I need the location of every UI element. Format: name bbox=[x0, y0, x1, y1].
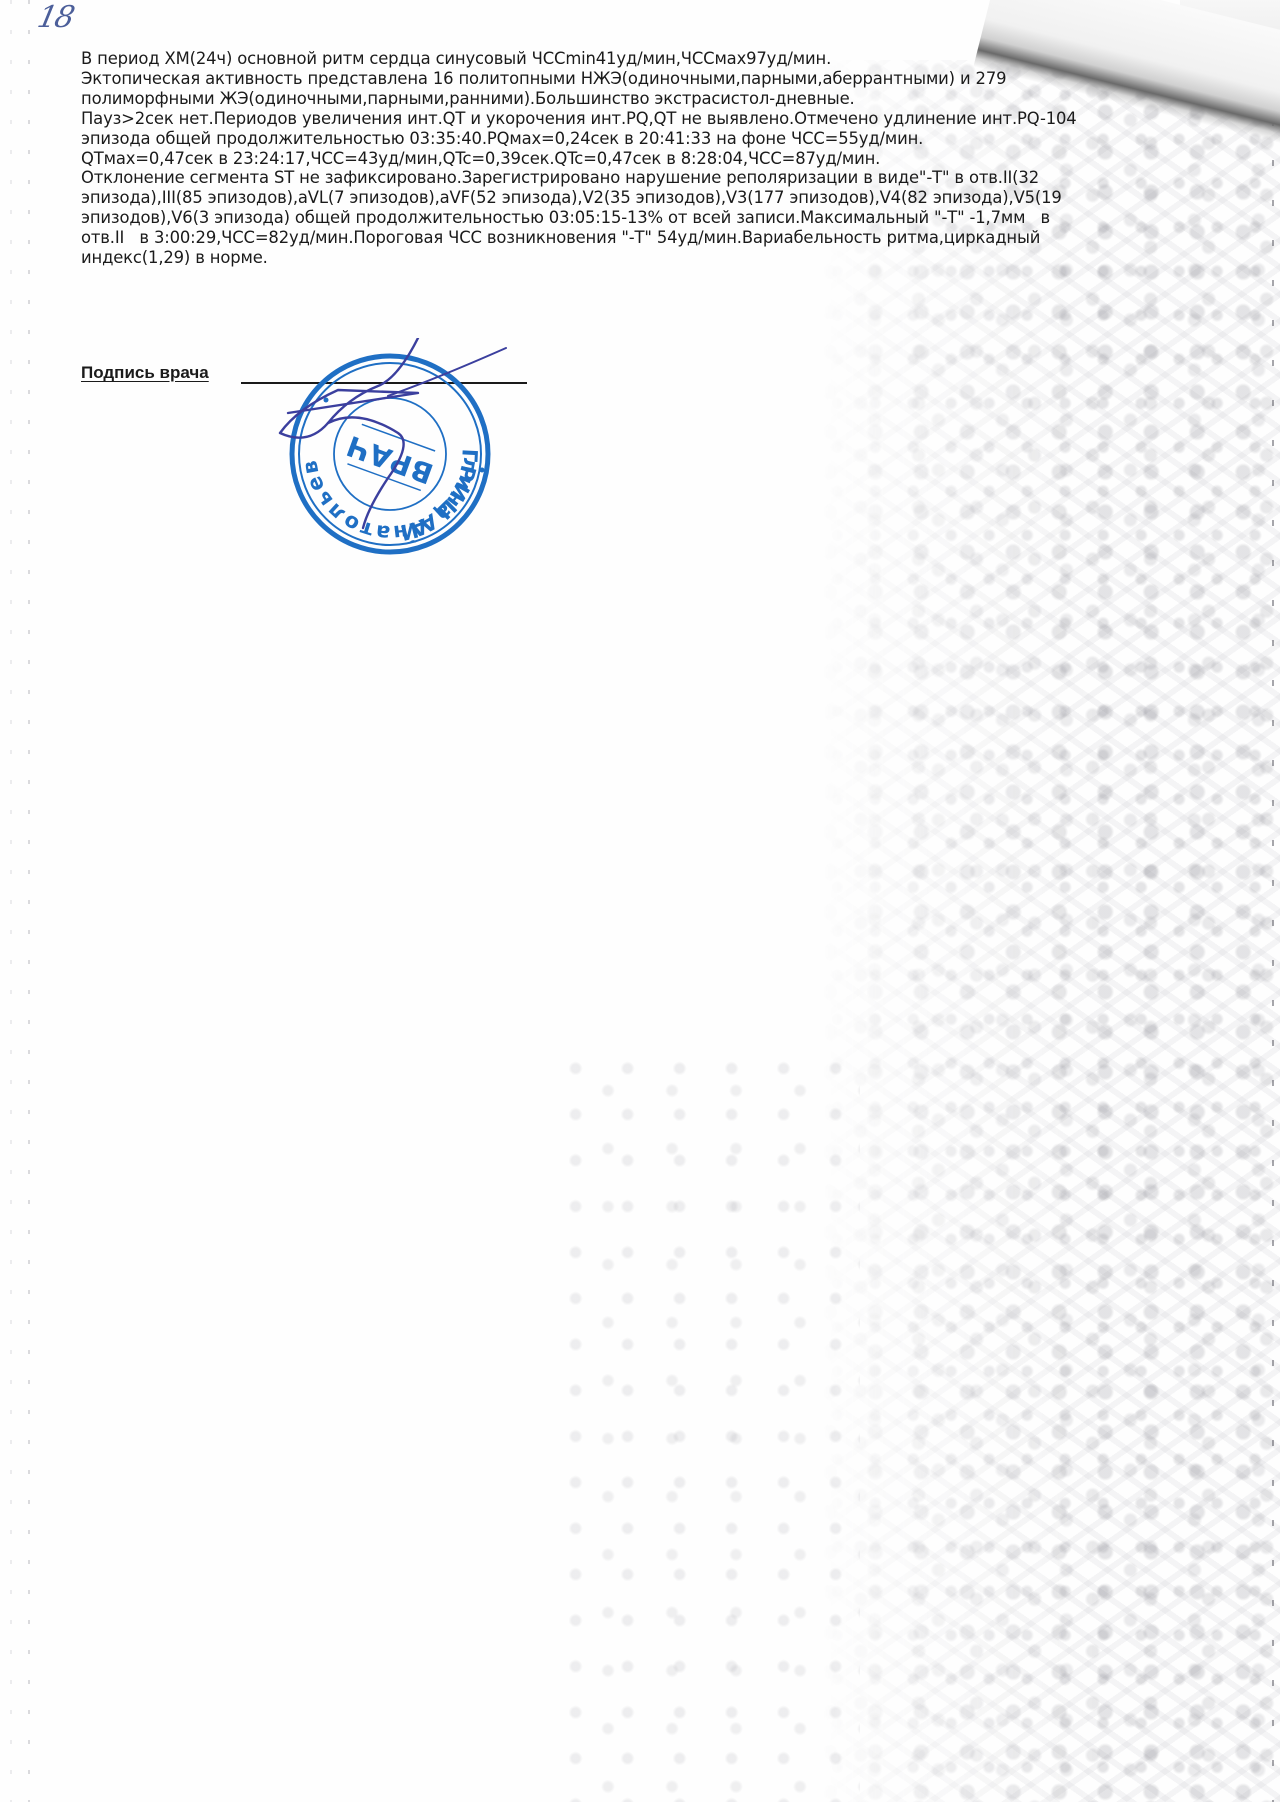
report-line: QTмах=0,47сек в 23:24:17,ЧСС=43уд/мин,QT… bbox=[81, 149, 1241, 169]
scanner-streak-left bbox=[28, 0, 30, 1802]
report-line: эпизода общей продолжительностью 03:35:4… bbox=[81, 129, 1241, 149]
scan-texture bbox=[820, 60, 1280, 1802]
scanned-page: 18 В период ХМ(24ч) основной ритм сердца… bbox=[0, 0, 1280, 1802]
signature-label: Подпись врача bbox=[81, 363, 209, 382]
report-line: эпизодов),V6(3 эпизода) общей продолжите… bbox=[81, 208, 1241, 228]
doctor-stamp-icon: Галина Анатольевна ГРИЦАЙ ВРАЧ bbox=[268, 338, 508, 558]
report-line: Пауз>2сек нет.Периодов увеличения инт.QT… bbox=[81, 109, 1241, 129]
report-line: индекс(1,29) в норме. bbox=[81, 248, 1241, 268]
svg-text:ВРАЧ: ВРАЧ bbox=[341, 428, 437, 490]
scanner-streak-left-outer bbox=[10, 0, 12, 1802]
report-line: Отклонение сегмента ST не зафиксировано.… bbox=[81, 168, 1241, 188]
handwritten-page-number: 18 bbox=[34, 0, 76, 35]
report-line: Эктопическая активность представлена 16 … bbox=[81, 69, 1241, 89]
scan-texture-mid bbox=[560, 1050, 860, 1802]
report-line: эпизода),III(85 эпизодов),aVL(7 эпизодов… bbox=[81, 188, 1241, 208]
holter-report-text: В период ХМ(24ч) основной ритм сердца си… bbox=[81, 49, 1241, 268]
report-line: В период ХМ(24ч) основной ритм сердца си… bbox=[81, 49, 1241, 69]
report-line: отв.II в 3:00:29,ЧСС=82уд/мин.Пороговая … bbox=[81, 228, 1241, 248]
scanner-streak-right bbox=[1272, 40, 1274, 1802]
report-line: полиморфными ЖЭ(одиночными,парными,ранни… bbox=[81, 89, 1241, 109]
